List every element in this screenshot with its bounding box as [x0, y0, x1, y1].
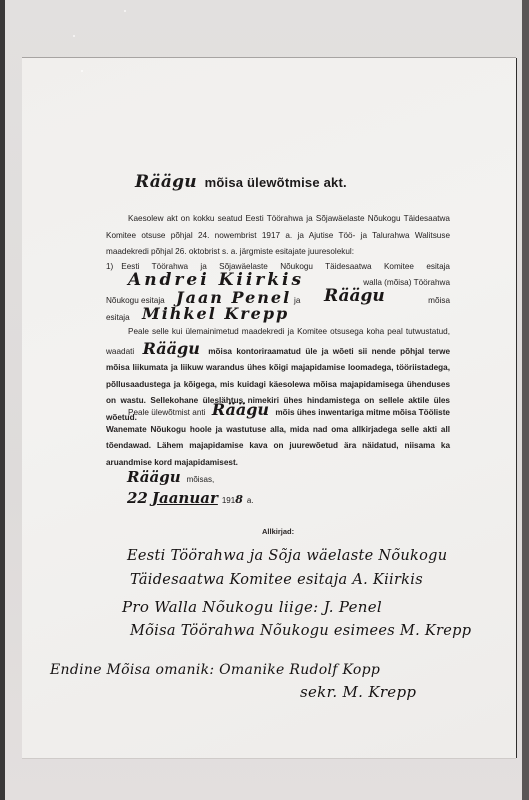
date-month-handwritten: Jaanuar [152, 491, 218, 506]
year-suffix: a. [247, 496, 254, 505]
manor-handwritten-3: Räägu [212, 400, 269, 419]
dust-speck [73, 35, 75, 37]
signature-line-1: Eesti Töörahwa ja Sõja wäelaste Nõukogu [127, 548, 447, 564]
manor-handwritten-1: Räägu [324, 288, 385, 305]
title-handwritten-place: Räägu [135, 172, 197, 192]
date-day-handwritten: 22 [127, 491, 148, 506]
dust-speck [124, 10, 126, 12]
title-printed: mõisa ülewõtmise akt. [205, 175, 347, 190]
signature-line-2: Täidesaatwa Komitee esitaja A. Kiirkis [130, 572, 423, 588]
place-suffix: mõisas, [187, 475, 215, 484]
committee-rep-handwritten: Andrei Kiirkis [128, 272, 304, 289]
rep-line4-prefix: esitaja [106, 313, 130, 322]
signature-line-5: Endine Mõisa omanik: Omanike Rudolf Kopp [50, 662, 380, 678]
date-line: 22 Jaanuar 1918 a. [127, 491, 254, 506]
rep-line3-mid: ja [294, 296, 300, 305]
representatives-line-4: esitaja Mihkel Krepp [106, 308, 450, 324]
place-date-block: Räägu mõisas, 22 Jaanuar 1918 a. [127, 470, 254, 506]
intro-paragraph: Kaesolew akt on kokku seatud Eesti Tööra… [106, 211, 450, 261]
handover-paragraph: Peale ülewõtmist anti Räägu mõis ühes in… [106, 402, 450, 471]
dust-speck [81, 70, 83, 72]
document-title: Räägu mõisa ülewõtmise akt. [135, 172, 415, 192]
year-handwritten: 8 [235, 494, 243, 505]
signature-line-3: Pro Walla Nõukogu liige: J. Penel [122, 598, 382, 616]
manor-handwritten-2: Räägu [143, 339, 200, 358]
representatives-line-2: Andrei Kiirkis walla (mõisa) Töörahwa [106, 270, 450, 290]
signature-line-6: sekr. M. Krepp [300, 683, 416, 701]
year-printed: 191 [222, 496, 235, 505]
place-handwritten: Räägu [127, 470, 181, 485]
rep-line3-suffix: mõisa [428, 296, 450, 305]
handover-paragraph-start: Peale ülewõtmist anti [128, 408, 206, 417]
photo-right-edge [522, 0, 529, 800]
signature-line-4: Mõisa Töörahwa Nõukogu esimees M. Krepp [130, 623, 471, 639]
place-line: Räägu mõisas, [127, 470, 254, 485]
manor-rep-handwritten: Mihkel Krepp [142, 306, 289, 322]
signatures-label: Allkirjad: [262, 527, 294, 536]
